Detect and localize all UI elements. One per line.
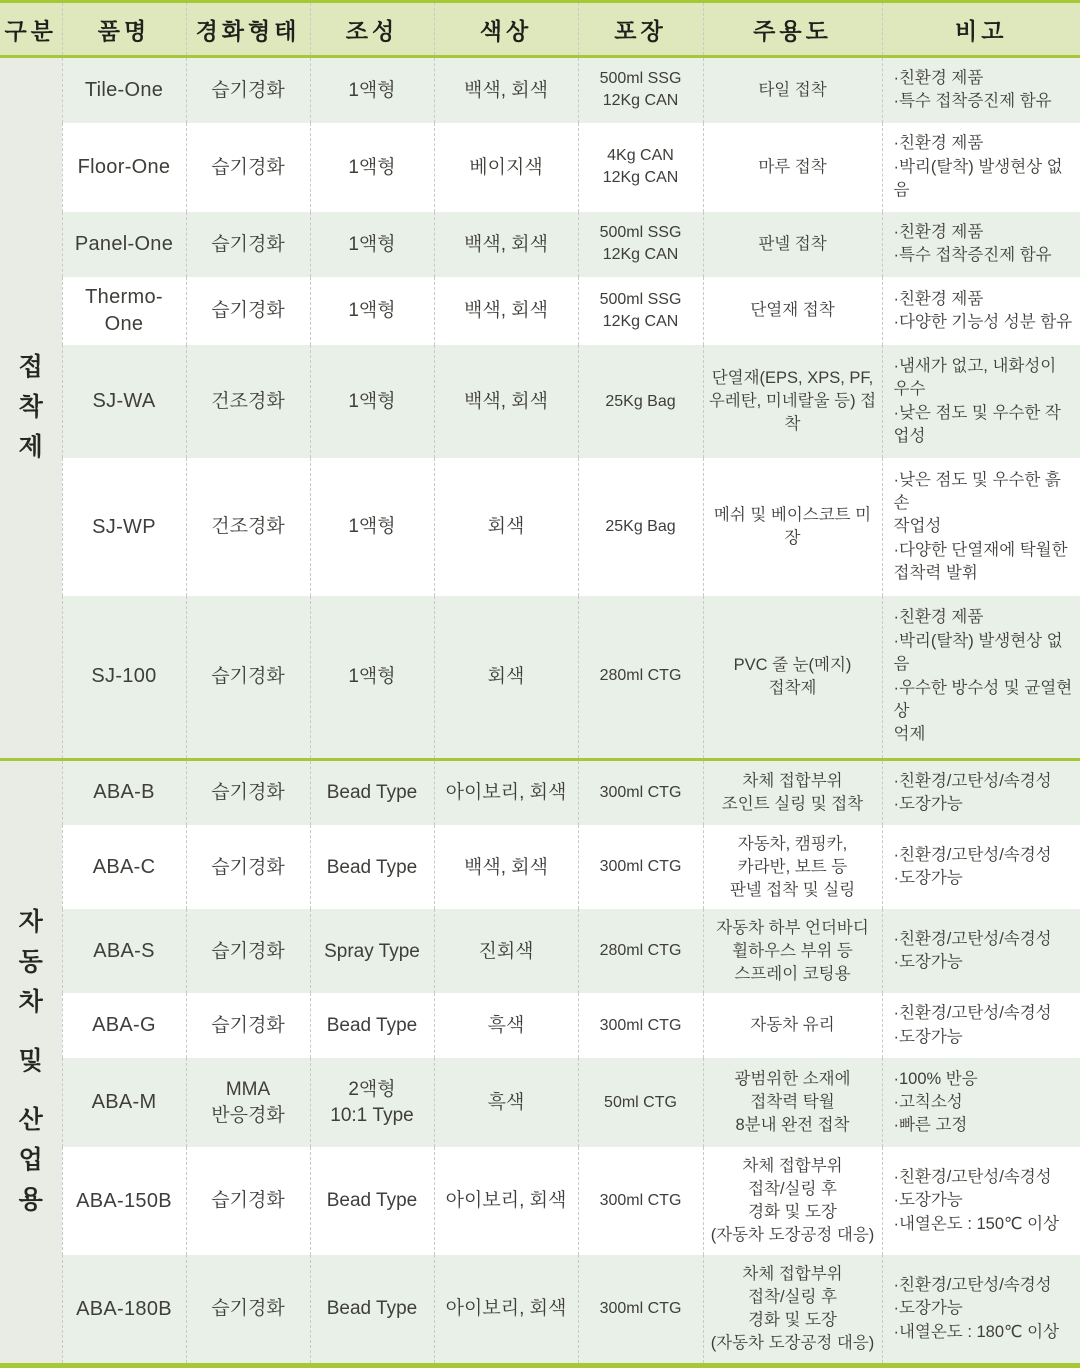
category-cell: 자동차및산업용 — [0, 759, 62, 1365]
table-row: Floor-One습기경화1액형베이지색4Kg CAN 12Kg CAN마루 접… — [0, 123, 1080, 212]
table-row: 접착제Tile-One습기경화1액형백색, 회색500ml SSG 12Kg C… — [0, 57, 1080, 123]
category-label: 자동차및산업용 — [19, 910, 43, 1213]
cell-composition: Bead Type — [310, 759, 434, 825]
column-header-category: 구분 — [0, 2, 62, 57]
cell-remarks: ·100% 반응 ·고칙소성 ·빠른 고정 — [882, 1058, 1080, 1147]
cell-packaging: 280ml CTG — [578, 596, 703, 759]
cell-packaging: 300ml CTG — [578, 1147, 703, 1255]
cell-product-name: SJ-WA — [62, 345, 186, 458]
cell-packaging: 300ml CTG — [578, 993, 703, 1058]
table-row: 자동차및산업용ABA-B습기경화Bead Type아이보리, 회색300ml C… — [0, 759, 1080, 825]
cell-packaging: 300ml CTG — [578, 825, 703, 909]
cell-remarks: ·친환경/고탄성/속경성 ·도장가능 — [882, 909, 1080, 993]
cell-packaging: 500ml SSG 12Kg CAN — [578, 57, 703, 123]
cell-remarks: ·친환경 제품 ·박리(탈착) 발생현상 없음 ·우수한 방수성 및 균열현상 … — [882, 596, 1080, 759]
cell-packaging: 25Kg Bag — [578, 345, 703, 458]
cell-remarks: ·친환경/고탄성/속경성 ·도장가능 — [882, 759, 1080, 825]
cell-main-use: 차체 접합부위 접착/실링 후 경화 및 도장 (자동차 도장공정 대응) — [703, 1255, 882, 1365]
cell-product-name: ABA-B — [62, 759, 186, 825]
cell-composition: 1액형 — [310, 277, 434, 345]
table-row: SJ-100습기경화1액형회색280ml CTGPVC 줄 눈(메지) 접착제·… — [0, 596, 1080, 759]
cell-packaging: 500ml SSG 12Kg CAN — [578, 277, 703, 345]
cell-color: 아이보리, 회색 — [434, 1255, 578, 1365]
cell-composition: Bead Type — [310, 1255, 434, 1365]
table-row: ABA-MMMA 반응경화2액형 10:1 Type흑색50ml CTG광범위한… — [0, 1058, 1080, 1147]
cell-remarks: ·냄새가 없고, 내화성이 우수 ·낮은 점도 및 우수한 작업성 — [882, 345, 1080, 458]
cell-cure-type: 습기경화 — [186, 993, 310, 1058]
product-table: 구분품명경화형태조성색상포장주용도비고 접착제Tile-One습기경화1액형백색… — [0, 0, 1080, 1368]
cell-color: 흑색 — [434, 1058, 578, 1147]
table-row: ABA-180B습기경화Bead Type아이보리, 회색300ml CTG차체… — [0, 1255, 1080, 1365]
cell-cure-type: 습기경화 — [186, 596, 310, 759]
cell-cure-type: 습기경화 — [186, 57, 310, 123]
cell-product-name: ABA-C — [62, 825, 186, 909]
cell-composition: Bead Type — [310, 825, 434, 909]
cell-packaging: 280ml CTG — [578, 909, 703, 993]
table-row: Thermo-One습기경화1액형백색, 회색500ml SSG 12Kg CA… — [0, 277, 1080, 345]
cell-cure-type: 습기경화 — [186, 1255, 310, 1365]
cell-color: 진회색 — [434, 909, 578, 993]
cell-packaging: 300ml CTG — [578, 1255, 703, 1365]
cell-composition: Spray Type — [310, 909, 434, 993]
column-header-main-use: 주용도 — [703, 2, 882, 57]
cell-color: 베이지색 — [434, 123, 578, 212]
cell-color: 백색, 회색 — [434, 825, 578, 909]
table-row: SJ-WA건조경화1액형백색, 회색25Kg Bag단열재(EPS, XPS, … — [0, 345, 1080, 458]
cell-cure-type: 습기경화 — [186, 759, 310, 825]
column-header-composition: 조성 — [310, 2, 434, 57]
cell-color: 아이보리, 회색 — [434, 759, 578, 825]
cell-cure-type: 습기경화 — [186, 909, 310, 993]
cell-cure-type: 건조경화 — [186, 345, 310, 458]
section-2: 자동차및산업용ABA-B습기경화Bead Type아이보리, 회색300ml C… — [0, 759, 1080, 1365]
cell-composition: 1액형 — [310, 345, 434, 458]
cell-product-name: Panel-One — [62, 212, 186, 277]
table-row: ABA-C습기경화Bead Type백색, 회색300ml CTG자동차, 캠핑… — [0, 825, 1080, 909]
cell-color: 백색, 회색 — [434, 57, 578, 123]
cell-packaging: 500ml SSG 12Kg CAN — [578, 212, 703, 277]
column-header-color: 색상 — [434, 2, 578, 57]
cell-main-use: PVC 줄 눈(메지) 접착제 — [703, 596, 882, 759]
table-row: ABA-150B습기경화Bead Type아이보리, 회색300ml CTG차체… — [0, 1147, 1080, 1255]
cell-remarks: ·친환경 제품 ·박리(탈착) 발생현상 없음 — [882, 123, 1080, 212]
cell-composition: 1액형 — [310, 57, 434, 123]
cell-packaging: 300ml CTG — [578, 759, 703, 825]
table-row: Panel-One습기경화1액형백색, 회색500ml SSG 12Kg CAN… — [0, 212, 1080, 277]
column-header-product-name: 품명 — [62, 2, 186, 57]
cell-composition: 1액형 — [310, 212, 434, 277]
cell-cure-type: 건조경화 — [186, 458, 310, 595]
cell-main-use: 타일 접착 — [703, 57, 882, 123]
cell-remarks: ·친환경 제품 ·특수 접착증진제 함유 — [882, 212, 1080, 277]
cell-cure-type: 습기경화 — [186, 1147, 310, 1255]
cell-cure-type: MMA 반응경화 — [186, 1058, 310, 1147]
cell-product-name: SJ-WP — [62, 458, 186, 595]
cell-cure-type: 습기경화 — [186, 825, 310, 909]
cell-product-name: Thermo-One — [62, 277, 186, 345]
cell-cure-type: 습기경화 — [186, 123, 310, 212]
cell-composition: 1액형 — [310, 596, 434, 759]
cell-packaging: 50ml CTG — [578, 1058, 703, 1147]
cell-product-name: ABA-180B — [62, 1255, 186, 1365]
category-cell: 접착제 — [0, 57, 62, 760]
cell-remarks: ·친환경 제품 ·다양한 기능성 성분 함유 — [882, 277, 1080, 345]
cell-product-name: SJ-100 — [62, 596, 186, 759]
cell-composition: Bead Type — [310, 993, 434, 1058]
table-row: ABA-S습기경화Spray Type진회색280ml CTG자동차 하부 언더… — [0, 909, 1080, 993]
cell-cure-type: 습기경화 — [186, 277, 310, 345]
table-row: ABA-G습기경화Bead Type흑색300ml CTG자동차 유리·친환경/… — [0, 993, 1080, 1058]
cell-remarks: ·친환경/고탄성/속경성 ·도장가능 — [882, 993, 1080, 1058]
cell-main-use: 자동차, 캠핑카, 카라반, 보트 등 판넬 접착 및 실링 — [703, 825, 882, 909]
cell-main-use: 자동차 유리 — [703, 993, 882, 1058]
column-header-remarks: 비고 — [882, 2, 1080, 57]
table-row: SJ-WP건조경화1액형회색25Kg Bag메쉬 및 베이스코트 미장·낮은 점… — [0, 458, 1080, 595]
cell-color: 흑색 — [434, 993, 578, 1058]
cell-product-name: ABA-150B — [62, 1147, 186, 1255]
cell-main-use: 자동차 하부 언더바디 휠하우스 부위 등 스프레이 코팅용 — [703, 909, 882, 993]
column-header-cure-type: 경화형태 — [186, 2, 310, 57]
cell-main-use: 판넬 접착 — [703, 212, 882, 277]
cell-main-use: 단열재(EPS, XPS, PF, 우레탄, 미네랄울 등) 접착 — [703, 345, 882, 458]
cell-composition: 1액형 — [310, 123, 434, 212]
cell-color: 백색, 회색 — [434, 345, 578, 458]
cell-main-use: 광범위한 소재에 접착력 탁월 8분내 완전 접착 — [703, 1058, 882, 1147]
column-header-packaging: 포장 — [578, 2, 703, 57]
cell-composition: 2액형 10:1 Type — [310, 1058, 434, 1147]
cell-main-use: 단열재 접착 — [703, 277, 882, 345]
header-row: 구분품명경화형태조성색상포장주용도비고 — [0, 2, 1080, 57]
cell-product-name: ABA-S — [62, 909, 186, 993]
cell-composition: 1액형 — [310, 458, 434, 595]
cell-color: 아이보리, 회색 — [434, 1147, 578, 1255]
cell-remarks: ·친환경/고탄성/속경성 ·도장가능 ·내열온도 : 150℃ 이상 — [882, 1147, 1080, 1255]
cell-remarks: ·친환경 제품 ·특수 접착증진제 함유 — [882, 57, 1080, 123]
category-label: 접착제 — [19, 355, 43, 460]
cell-packaging: 4Kg CAN 12Kg CAN — [578, 123, 703, 212]
cell-remarks: ·친환경/고탄성/속경성 ·도장가능 ·내열온도 : 180℃ 이상 — [882, 1255, 1080, 1365]
cell-color: 백색, 회색 — [434, 277, 578, 345]
cell-color: 회색 — [434, 458, 578, 595]
cell-remarks: ·낮은 점도 및 우수한 흙손 작업성 ·다양한 단열재에 탁월한 접착력 발휘 — [882, 458, 1080, 595]
cell-main-use: 마루 접착 — [703, 123, 882, 212]
cell-composition: Bead Type — [310, 1147, 434, 1255]
cell-cure-type: 습기경화 — [186, 212, 310, 277]
cell-color: 회색 — [434, 596, 578, 759]
cell-product-name: Floor-One — [62, 123, 186, 212]
cell-product-name: Tile-One — [62, 57, 186, 123]
cell-main-use: 차체 접합부위 조인트 실링 및 접착 — [703, 759, 882, 825]
cell-product-name: ABA-M — [62, 1058, 186, 1147]
cell-packaging: 25Kg Bag — [578, 458, 703, 595]
table-header: 구분품명경화형태조성색상포장주용도비고 — [0, 2, 1080, 57]
cell-product-name: ABA-G — [62, 993, 186, 1058]
section-1: 접착제Tile-One습기경화1액형백색, 회색500ml SSG 12Kg C… — [0, 57, 1080, 760]
cell-main-use: 메쉬 및 베이스코트 미장 — [703, 458, 882, 595]
cell-color: 백색, 회색 — [434, 212, 578, 277]
cell-remarks: ·친환경/고탄성/속경성 ·도장가능 — [882, 825, 1080, 909]
cell-main-use: 차체 접합부위 접착/실링 후 경화 및 도장 (자동차 도장공정 대응) — [703, 1147, 882, 1255]
